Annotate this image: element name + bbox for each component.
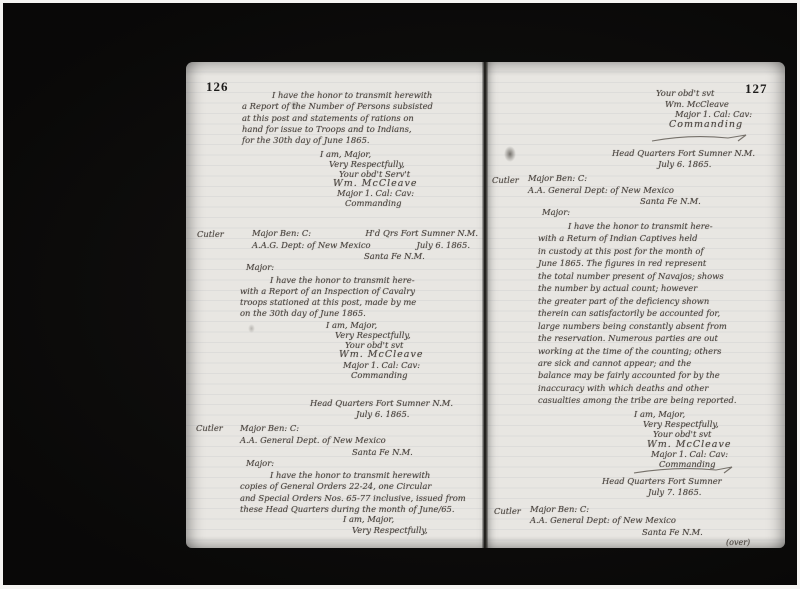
handwritten-line: copies of General Orders 22-24, one Circ…	[240, 481, 482, 492]
salutation: Major:	[542, 207, 570, 218]
handwritten-line: Santa Fe N.M.	[530, 527, 703, 538]
handwritten-line: therein can satisfactorily be accounted …	[538, 307, 772, 319]
handwritten-line: Commanding	[320, 199, 417, 209]
margin-docket-label: Cutler	[196, 423, 223, 434]
handwritten-line: I am, Major,	[326, 320, 423, 330]
letter-body-continued: I have the honor to transmit herewitha R…	[242, 90, 470, 146]
handwritten-line: the greater part of the deficiency shown	[538, 295, 772, 307]
handwritten-line: I am, Major,	[343, 514, 428, 525]
letter-addressee: Major Ben: C:A.A. General Dept: of New M…	[528, 173, 701, 208]
handwritten-line: I have the honor to transmit here-	[538, 220, 772, 232]
salutation: Major:	[246, 458, 274, 469]
handwritten-line: are sick and cannot appear; and the	[538, 357, 772, 369]
handwritten-line: Commanding	[656, 120, 752, 131]
handwritten-line: Very Respectfully,	[343, 525, 428, 536]
handwritten-line: July 7. 1865.	[602, 487, 722, 498]
signature-block-partial: I am, Major,Very Respectfully,	[343, 514, 428, 536]
letter-dateline: Head Quarters Fort SumnerJuly 7. 1865.	[602, 476, 722, 498]
handwritten-line: balance may be fairly accounted for by t…	[538, 369, 772, 381]
handwritten-line: the total number present of Navajos; sho…	[538, 270, 772, 282]
handwritten-line: on the 30th day of June 1865.	[240, 308, 478, 319]
signature-block-continued: Your obd't svtWm. McCleaveMajor 1. Cal: …	[656, 88, 752, 130]
handwritten-line: Major Ben: C:	[530, 504, 703, 515]
left-page: 126 I have the honor to transmit herewit…	[186, 62, 486, 548]
over-note: (over)	[726, 538, 750, 549]
handwritten-line: July 6. 1865.	[332, 240, 478, 252]
handwritten-line: Major Ben: C:	[240, 422, 413, 434]
letter-body: I have the honor to transmit here-with a…	[538, 220, 772, 407]
handwritten-line: at this post and statements of rations o…	[242, 113, 470, 124]
handwritten-line: H'd Qrs Fort Sumner N.M.	[332, 228, 478, 240]
stain	[504, 146, 516, 162]
letter-dateline: Head Quarters Fort Sumner N.M.July 6. 18…	[612, 148, 755, 170]
handwritten-line: for the 30th day of June 1865.	[242, 135, 470, 146]
page-number-left: 126	[206, 79, 229, 95]
handwritten-line: the reservation. Numerous parties are ou…	[538, 332, 772, 344]
handwritten-line: July 6. 1865.	[612, 159, 755, 170]
margin-docket-label: Cutler	[494, 506, 521, 517]
handwritten-line: Your obd't svt	[656, 88, 752, 99]
handwritten-line: Santa Fe N.M.	[252, 251, 425, 263]
margin-docket-label: Cutler	[197, 229, 224, 240]
handwritten-line: hand for issue to Troops and to Indians,	[242, 124, 470, 135]
handwritten-line: troops stationed at this post, made by m…	[240, 297, 478, 308]
signature-flourish	[632, 464, 740, 476]
handwritten-line: July 6. 1865.	[310, 409, 453, 420]
handwritten-line: A.A. General Dept: of New Mexico	[528, 185, 701, 197]
handwritten-line: Commanding	[326, 370, 423, 380]
handwritten-line: June 1865. The figures in red represent	[538, 257, 772, 269]
handwritten-line: working at the time of the counting; oth…	[538, 345, 772, 357]
signature-block: I am, Major,Very Respectfully,Your obd't…	[326, 320, 423, 380]
margin-docket-label: Cutler	[492, 175, 519, 186]
handwritten-line: Wm. McCleave	[656, 99, 752, 110]
letter-body: I have the honor to transmit here-with a…	[240, 275, 478, 319]
letter-addressee: Major Ben: C:A.A. General Dept: of New M…	[530, 504, 703, 538]
right-page: 127 Your obd't svtWm. McCleaveMajor 1. C…	[486, 62, 785, 548]
handwritten-line: A.A. General Dept: of New Mexico	[530, 515, 703, 526]
handwritten-line: and Special Orders Nos. 65-77 inclusive,…	[240, 493, 482, 504]
letter-dateline: Head Quarters Fort Sumner N.M.July 6. 18…	[310, 398, 453, 420]
book-spine	[482, 62, 488, 548]
handwritten-line: I have the honor to transmit herewith	[242, 90, 470, 101]
handwritten-line: Head Quarters Fort Sumner	[602, 476, 722, 487]
letter-addressee: Major Ben: C:A.A. General Dept. of New M…	[240, 422, 413, 458]
handwritten-line: the number by actual count; however	[538, 282, 772, 294]
handwritten-line: casualties among the tribe are being rep…	[538, 394, 772, 406]
handwritten-line: Very Respectfully,	[326, 330, 423, 340]
letter-body: I have the honor to transmit herewithcop…	[240, 470, 482, 516]
handwritten-line: Head Quarters Fort Sumner N.M.	[612, 148, 755, 159]
handwritten-line: Head Quarters Fort Sumner N.M.	[310, 398, 453, 409]
handwritten-line: I have the honor to transmit here-	[240, 275, 478, 286]
signature-flourish	[650, 132, 754, 144]
handwritten-line: Santa Fe N.M.	[240, 446, 413, 458]
salutation: Major:	[246, 262, 274, 273]
handwritten-line: in custody at this post for the month of	[538, 245, 772, 257]
handwritten-line: Major 1. Cal: Cav:	[326, 360, 423, 370]
handwritten-line: Wm. McCleave	[326, 350, 423, 360]
handwritten-line: A.A. General Dept. of New Mexico	[240, 434, 413, 446]
signature-block: I am, Major,Very Respectfully,Your obd't…	[634, 410, 731, 469]
handwritten-line: inaccuracy with which deaths and other	[538, 382, 772, 394]
handwritten-line: Major Ben: C:	[528, 173, 701, 185]
stain	[248, 324, 255, 333]
handwritten-line: with a Report of an Inspection of Cavalr…	[240, 286, 478, 297]
document-scan-viewport: 126 I have the honor to transmit herewit…	[0, 0, 800, 589]
letter-place-date: H'd Qrs Fort Sumner N.M.July 6. 1865.	[332, 228, 478, 251]
handwritten-line: a Report of the Number of Persons subsis…	[242, 101, 470, 112]
handwritten-line: I have the honor to transmit herewith	[240, 470, 482, 481]
handwritten-line: large numbers being constantly absent fr…	[538, 320, 772, 332]
handwritten-line: with a Return of Indian Captives held	[538, 232, 772, 244]
signature-block: I am, Major,Very Respectfully,Your obd't…	[320, 150, 417, 209]
